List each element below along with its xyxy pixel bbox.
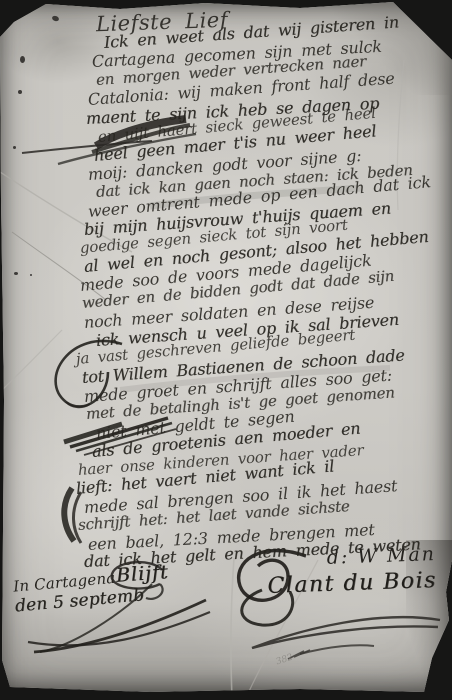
paper-speck [51, 15, 59, 22]
letter-signature: d: W Man Clant du Bois [266, 543, 437, 599]
paper-speck [13, 146, 16, 149]
paper-speck [14, 272, 18, 275]
paper-speck [18, 90, 22, 94]
ink-margin-stroke [64, 488, 74, 541]
letter-dateline: In Cartagena den 5 septemb [13, 566, 146, 616]
crease-line [231, 558, 234, 698]
signature-line-2: Clant du Bois [267, 568, 437, 599]
ink-loop-flourish [146, 584, 163, 599]
archive-mark: 382 [275, 653, 294, 668]
signature-line-1: d: W Man [266, 543, 436, 571]
signature-underline [300, 645, 374, 654]
paper-sheet: Liefste Lief Ick en weet als dat wij gis… [0, 0, 452, 700]
paper-speck [20, 56, 25, 63]
crease-line [0, 330, 62, 392]
paper-speck [30, 274, 32, 276]
signature-underline [252, 617, 440, 648]
scanned-letter-page: Liefste Lief Ick en weet als dat wij gis… [0, 0, 452, 700]
dateline-swoosh [28, 612, 210, 645]
